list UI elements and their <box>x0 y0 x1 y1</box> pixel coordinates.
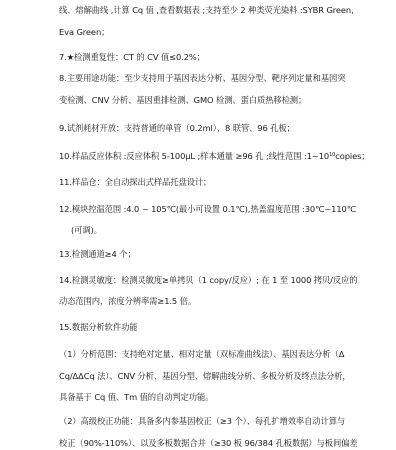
software-feature-2-calibration: （2）高级校正功能：具备多内参基因校正（≥3 个）、每孔扩增效率自动计算与 <box>59 416 345 427</box>
reaction-volume-unit: copies； <box>335 151 369 161</box>
spec-item-13-channels: 13.检测通道≥4 个； <box>59 249 136 260</box>
software-feature-2-calibration-cont: 校正（90%-110%）、以及多板数据合并（≥30 板 96/384 孔板数据）… <box>59 438 358 449</box>
spec-item-11-sample-chamber: 11.样品仓：全自动探出式样品托盘设计； <box>59 177 211 188</box>
software-feature-1-analysis-range-cont: Cq/ΔΔCq 法）、CNV 分析、基因分型、熔解曲线分析、多板分析及终点法分析… <box>59 371 351 382</box>
spec-item-8-main-uses-cont: 变检测、CNV 分析、基因重排检测、GMO 检测、蛋白质热移检测； <box>59 95 306 106</box>
spec-item-8-main-uses: 8.主要用途功能：至少支持用于基因表达分析、基因分型、靶序列定量和基因突 <box>59 73 345 84</box>
software-feature-1-analysis-range: （1）分析范围：支持绝对定量、相对定量（双标准曲线法）、基因表达分析（Δ <box>59 349 344 360</box>
paragraph-line-dye-support: 线、熔解曲线 ,计算 Cq 值 ,查看数据表 ;支持至少 2 种类荧光染料 :S… <box>59 5 354 16</box>
spec-item-9-consumables: 9.试剂耗材开放：支持普通的单管（0.2ml）、8 联管、96 孔板； <box>59 123 295 134</box>
spec-item-12-temperature-range-cont: (可调)。 <box>71 225 102 236</box>
software-feature-1-analysis-range-cont2: 具备基于 Cq 值、Tm 值的自动判定功能。 <box>59 392 213 403</box>
spec-item-10-reaction-volume: 10.样品反应体积 :反应体积 5-100μL ;样本通量 ≥96 孔 ;线性范… <box>59 151 370 162</box>
reaction-volume-text: 10.样品反应体积 :反应体积 5-100μL ;样本通量 ≥96 孔 ;线性范… <box>59 151 329 161</box>
spec-item-7-repeatability: 7.★检测重复性：CT 的 CV 值≤0.2%； <box>59 52 205 63</box>
document-page: 线、熔解曲线 ,计算 Cq 值 ,查看数据表 ;支持至少 2 种类荧光染料 :S… <box>0 0 396 450</box>
paragraph-line-dye-support-cont: Eva Green； <box>59 27 109 38</box>
spec-item-14-sensitivity: 14.检测灵敏度：检测灵敏度≥单拷贝（1 copy/反应）; 在 1 至 100… <box>59 275 357 286</box>
spec-item-15-software-heading: 15.数据分析软件功能 <box>59 322 137 333</box>
spec-item-14-sensitivity-cont: 动态范围内，浓度分辨率需≥1.5 倍。 <box>59 296 196 307</box>
spec-item-12-temperature-range: 12.模块控温范围 :4.0 ~ 105℃(最小可设置 0.1℃),热盖温度范围… <box>59 204 356 215</box>
